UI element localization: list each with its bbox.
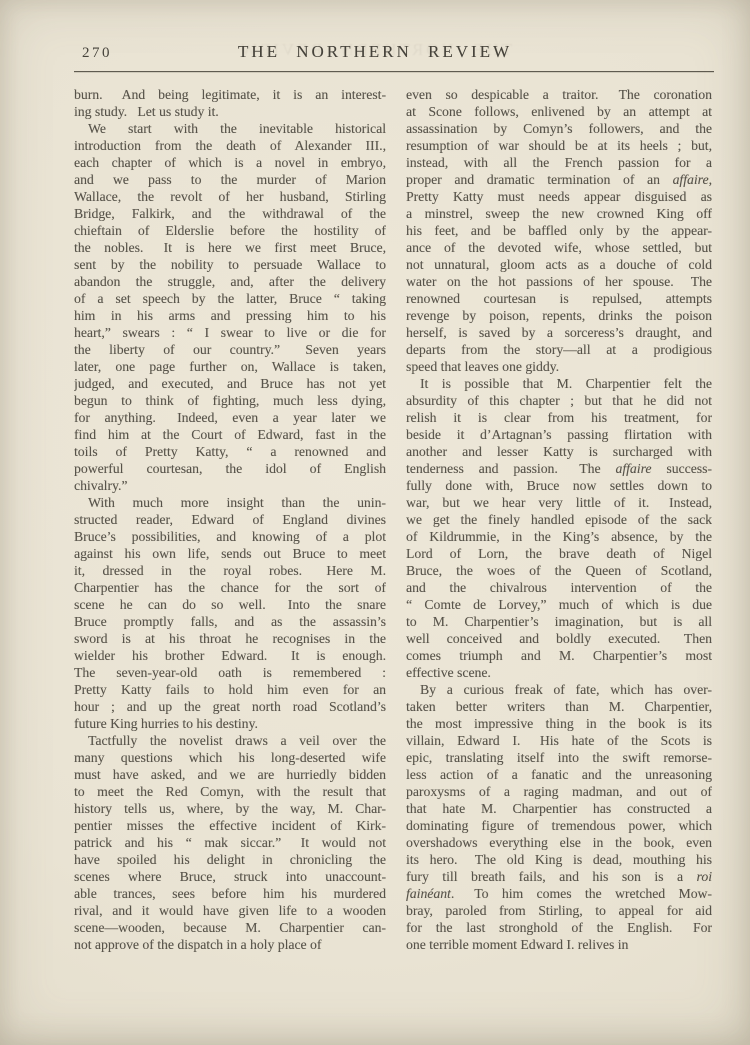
text-line: The seven-year-old oath is remembered : <box>74 664 386 681</box>
text-line: many questions which his long-deserted w… <box>74 749 386 766</box>
text-line: against his own life, sends out Bruce to… <box>74 545 386 562</box>
text-line: each chapter of which is a novel in embr… <box>74 154 386 171</box>
text-line: hour ; and up the great north road Scotl… <box>74 698 386 715</box>
text-line: chieftain of Elderslie before the hostil… <box>74 222 386 239</box>
text-line: resumption of war should be at its heels… <box>406 137 712 154</box>
text-line: Pretty Katty must needs appear disguised… <box>406 188 712 205</box>
text-line: sword is at his throat he recognises in … <box>74 630 386 647</box>
text-line: paroxysms of a raging madman, and out of <box>406 783 712 800</box>
text-line: absurdity of this chapter ; but that he … <box>406 392 712 409</box>
text-line: Bruce promptly falls, and as the assassi… <box>74 613 386 630</box>
page-header: 270 THE NORTHERN REVIEW <box>0 42 750 64</box>
text-line: we get the finely handled episode of the… <box>406 511 712 528</box>
text-line: that hate M. Charpentier has constructed… <box>406 800 712 817</box>
text-line: water on the hot passions of her spouse.… <box>406 273 712 290</box>
text-line: fury till breath fails, and his son is a… <box>406 868 712 885</box>
text-line: villain, Edward I. His hate of the Scots… <box>406 732 712 749</box>
text-line: toils of Pretty Katty, “ a renowned and <box>74 443 386 460</box>
text-line: departs from the story—all at a prodigio… <box>406 341 712 358</box>
text-line: proper and dramatic termination of an af… <box>406 171 712 188</box>
text-line: the liberty of our country.” Seven years <box>74 341 386 358</box>
text-line: must have asked, and we are hurriedly bi… <box>74 766 386 783</box>
scanned-page: THE NORTHERN REVIEW 270 THE NORTHERN REV… <box>0 0 750 1045</box>
text-line: the most impressive thing in the book is… <box>406 715 712 732</box>
text-line: Bruce’s possibilities, and knowing of a … <box>74 528 386 545</box>
header-title: THE NORTHERN REVIEW <box>0 42 750 62</box>
text-line: pentier misses the effective incident of… <box>74 817 386 834</box>
text-line: structed reader, Edward of England divin… <box>74 511 386 528</box>
text-line: begun to think of fighting, much less dy… <box>74 392 386 409</box>
text-line: dominating figure of tremendous power, w… <box>406 817 712 834</box>
text-line: a minstrel, sweep the new crowned King o… <box>406 205 712 222</box>
text-line: find him at the Court of Edward, fast in… <box>74 426 386 443</box>
text-line: revenge by poison, repents, drinks the p… <box>406 307 712 324</box>
text-line: it, dressed in the royal robes. Here M. <box>74 562 386 579</box>
text-line: By a curious freak of fate, which has ov… <box>406 681 712 698</box>
text-line: scene—wooden, because M. Charpentier can… <box>74 919 386 936</box>
text-line: Wallace, the revolt of her husband, Stir… <box>74 188 386 205</box>
text-line: of a set speech by the latter, Bruce “ t… <box>74 290 386 307</box>
text-line: taken better writers than M. Charpentier… <box>406 698 712 715</box>
column-right: even so despicable a traitor. The corona… <box>406 86 712 953</box>
text-line: heart,” swears : “ I swear to live or di… <box>74 324 386 341</box>
text-line: not unnatural, gloom acts as a douche of… <box>406 256 712 273</box>
text-line: his feet, and be baffled only by the app… <box>406 222 712 239</box>
text-line: rival, and it would have given life to a… <box>74 902 386 919</box>
text-line: tenderness and passion. The affaire succ… <box>406 460 712 477</box>
text-line: “ Comte de Lorvey,” much of which is due <box>406 596 712 613</box>
text-line: one terrible moment Edward I. relives in <box>406 936 712 953</box>
text-line: patrick and his “ mak siccar.” It would … <box>74 834 386 851</box>
text-line: and we pass to the murder of Marion <box>74 171 386 188</box>
text-line: the nobles. It is here we first meet Bru… <box>74 239 386 256</box>
text-line: later, one page further on, Wallace is t… <box>74 358 386 375</box>
text-line: him in his arms and pressing him to his <box>74 307 386 324</box>
column-left: burn. And being legitimate, it is an int… <box>74 86 386 953</box>
text-line: introduction from the death of Alexander… <box>74 137 386 154</box>
text-line: abandon the struggle, and, after the del… <box>74 273 386 290</box>
text-line: less action of a fanatic and the unreaso… <box>406 766 712 783</box>
text-line: renowned courtesan is repulsed, attempts <box>406 290 712 307</box>
text-line: scene he can do so well. Into the snare <box>74 596 386 613</box>
text-line: We start with the inevitable historical <box>74 120 386 137</box>
text-line: overshadows everything else in the book,… <box>406 834 712 851</box>
text-line: war, but we hear very little of it. Inst… <box>406 494 712 511</box>
text-line: With much more insight than the unin- <box>74 494 386 511</box>
text-line: judged, and executed, and Bruce has not … <box>74 375 386 392</box>
text-line: Tactfully the novelist draws a veil over… <box>74 732 386 749</box>
text-line: wielder his brother Edward. It is enough… <box>74 647 386 664</box>
text-line: instead, with all the French passion for… <box>406 154 712 171</box>
text-line: comes triumph and M. Charpentier’s most <box>406 647 712 664</box>
text-line: fainéant. To him comes the wretched Mow- <box>406 885 712 902</box>
text-line: Bridge, Falkirk, and the withdrawal of t… <box>74 205 386 222</box>
text-line: not approve of the dispatch in a holy pl… <box>74 936 386 953</box>
text-line: to M. Charpentier’s imagination, but is … <box>406 613 712 630</box>
text-line: history tells us, where, by the way, M. … <box>74 800 386 817</box>
text-line: of Kildrummie, in the King’s absence, by… <box>406 528 712 545</box>
text-line: well conceived and boldly executed. Then <box>406 630 712 647</box>
text-line: ing study. Let us study it. <box>74 103 386 120</box>
text-line: It is possible that M. Charpentier felt … <box>406 375 712 392</box>
text-line: scenes where Bruce, struck into unaccoun… <box>74 868 386 885</box>
text-line: for the last stronghold of the English. … <box>406 919 712 936</box>
text-line: for anything. Indeed, even a year later … <box>74 409 386 426</box>
text-line: Charpentier has the chance for the sort … <box>74 579 386 596</box>
text-line: speed that leaves one giddy. <box>406 358 712 375</box>
text-line: Lord of Lorn, the brave death of Nigel <box>406 545 712 562</box>
text-line: bray, paroled from Stirling, to appeal f… <box>406 902 712 919</box>
text-line: assassination by Comyn’s followers, and … <box>406 120 712 137</box>
body-columns: burn. And being legitimate, it is an int… <box>74 86 712 953</box>
text-line: and the chivalrous intervention of the <box>406 579 712 596</box>
text-line: relish it is clear from his treatment, f… <box>406 409 712 426</box>
text-line: to meet the Red Comyn, with the result t… <box>74 783 386 800</box>
text-line: chivalry.” <box>74 477 386 494</box>
text-line: effective scene. <box>406 664 712 681</box>
text-line: even so despicable a traitor. The corona… <box>406 86 712 103</box>
text-line: ance of the devoted wife, whose settled,… <box>406 239 712 256</box>
header-rule <box>74 71 714 72</box>
text-line: powerful courtesan, the idol of English <box>74 460 386 477</box>
text-line: able trances, sees before him his murder… <box>74 885 386 902</box>
text-line: its hero. The old King is dead, mouthing… <box>406 851 712 868</box>
text-line: epic, translating itself into the swift … <box>406 749 712 766</box>
text-line: fully done with, Bruce now settles down … <box>406 477 712 494</box>
text-line: Bruce, the woes of the Queen of Scotland… <box>406 562 712 579</box>
text-line: beside it d’Artagnan’s passing flirtatio… <box>406 426 712 443</box>
text-line: future King hurries to his destiny. <box>74 715 386 732</box>
text-line: another and lesser Katty is surcharged w… <box>406 443 712 460</box>
text-line: burn. And being legitimate, it is an int… <box>74 86 386 103</box>
text-line: have spoiled his delight in chronicling … <box>74 851 386 868</box>
text-line: sent by the nobility to persuade Wallace… <box>74 256 386 273</box>
text-line: at Scone follows, enlivened by an attemp… <box>406 103 712 120</box>
text-line: Pretty Katty fails to hold him even for … <box>74 681 386 698</box>
text-line: herself, is saved by a sorceress’s draug… <box>406 324 712 341</box>
